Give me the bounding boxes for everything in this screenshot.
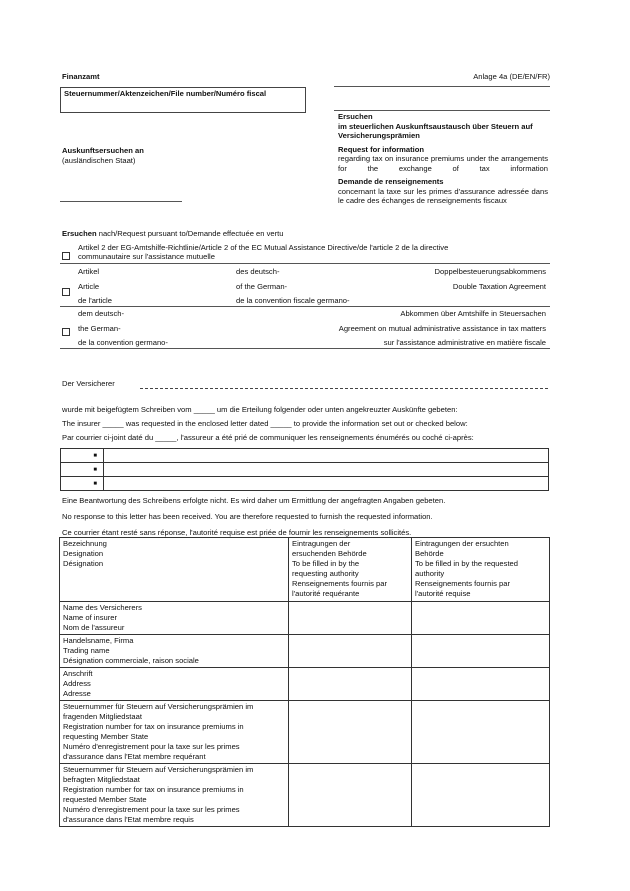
requested-input[interactable] (412, 668, 550, 701)
header-text: l'autorité requise (415, 589, 546, 599)
row-label-text: Numéro d'enregistrement pour la taxe sur… (63, 805, 285, 815)
row-label-text: requested Member State (63, 795, 285, 805)
requesting-input[interactable] (289, 701, 412, 764)
table-row: Steuernummer für Steuern auf Versicherun… (60, 701, 550, 764)
bullet-icon: ■ (61, 449, 104, 463)
checkbox-dta[interactable] (62, 288, 70, 296)
option-ma-text: the German- (78, 324, 121, 333)
row-label-text: Steuernummer für Steuern auf Versicherun… (63, 765, 285, 775)
office-label: Finanzamt (62, 72, 100, 81)
requested-item-input[interactable] (104, 463, 549, 477)
row-label-text: Anschrift (63, 669, 285, 679)
no-response-text: Eine Beantwortung des Schreibens erfolgt… (62, 493, 445, 541)
information-table: Bezeichnung Designation Désignation Eint… (59, 537, 550, 827)
divider (334, 110, 550, 111)
option-ec-directive-line1: Artikel 2 der EG-Amtshilfe-Richtlinie/Ar… (78, 243, 448, 252)
row-label-text: Adresse (63, 689, 285, 699)
requested-input[interactable] (412, 635, 550, 668)
header-designation: Bezeichnung Designation Désignation (60, 538, 289, 602)
option-ma-text: dem deutsch- (78, 309, 124, 318)
requesting-input[interactable] (289, 602, 412, 635)
requested-item-row: ■ (61, 477, 549, 491)
subtitle-de: im steuerlichen Auskunftsaustausch über … (338, 122, 548, 141)
bullet-icon: ■ (61, 477, 104, 491)
recipient-input-line[interactable] (60, 201, 182, 202)
requested-input[interactable] (412, 602, 550, 635)
header-text: Eintragungen der ersuchten (415, 539, 546, 549)
annex-label: Anlage 4a (DE/EN/FR) (332, 72, 550, 81)
option-dta-text: de l'article (78, 296, 112, 305)
table-row: Steuernummer für Steuern auf Versicherun… (60, 764, 550, 827)
header-text: To be filled in by the (292, 559, 408, 569)
requested-item-input[interactable] (104, 477, 549, 491)
table-header-row: Bezeichnung Designation Désignation Eint… (60, 538, 550, 602)
file-number-label: Steuernummer/Aktenzeichen/File number/Nu… (64, 89, 266, 98)
insurer-label: Der Versicherer (62, 379, 115, 388)
header-requested-authority: Eintragungen der ersuchten Behörde To be… (412, 538, 550, 602)
option-ma-text: Agreement on mutual administrative assis… (339, 324, 546, 333)
option-ec-directive: Artikel 2 der EG-Amtshilfe-Richtlinie/Ar… (78, 243, 448, 261)
legal-basis-heading-bold: Ersuchen (62, 229, 97, 238)
requested-item-row: ■ (61, 449, 549, 463)
title-block: Ersuchen im steuerlichen Auskunftsaustau… (338, 112, 548, 206)
row-label-text: d'assurance dans l'Etat membre requis (63, 815, 285, 825)
requested-input[interactable] (412, 701, 550, 764)
row-label-text: befragten Mitgliedstaat (63, 775, 285, 785)
option-dta-text: Double Taxation Agreement (453, 282, 546, 291)
legal-basis-heading-rest: nach/Request pursuant to/Demande effectu… (97, 229, 284, 238)
header-text: Eintragungen der (292, 539, 408, 549)
row-label: Name des Versicherers Name of insurer No… (60, 602, 289, 635)
option-dta-text: Article (78, 282, 99, 291)
row-label-text: Name des Versicherers (63, 603, 285, 613)
table-row: Anschrift Address Adresse (60, 668, 550, 701)
row-label-text: Numéro d'enregistrement pour la taxe sur… (63, 742, 285, 752)
header-text: To be filled in by the requested (415, 559, 546, 569)
title-en: Request for information (338, 145, 548, 155)
text-en: regarding tax on insurance premiums unde… (338, 154, 548, 173)
row-label: Steuernummer für Steuern auf Versicherun… (60, 764, 289, 827)
row-label: Steuernummer für Steuern auf Versicherun… (60, 701, 289, 764)
row-label: Handelsname, Firma Trading name Désignat… (60, 635, 289, 668)
row-label-text: d'assurance dans l'Etat membre requérant (63, 752, 285, 762)
legal-basis-heading: Ersuchen nach/Request pursuant to/Demand… (62, 229, 283, 238)
requested-item-row: ■ (61, 463, 549, 477)
header-text: Designation (63, 549, 285, 559)
divider (60, 306, 550, 307)
option-dta-text: of the German- (236, 282, 287, 291)
option-ma-text: sur l'assistance administrative en matiè… (384, 338, 546, 347)
requested-input[interactable] (412, 764, 550, 827)
request-text-fr: Par courrier ci-joint daté du _____, l'a… (62, 431, 474, 445)
file-number-field[interactable]: Steuernummer/Aktenzeichen/File number/Nu… (60, 87, 306, 113)
requested-items-table: ■ ■ ■ (60, 448, 549, 491)
table-row: Name des Versicherers Name of insurer No… (60, 602, 550, 635)
row-label-text: Trading name (63, 646, 285, 656)
checkbox-mutual-assistance[interactable] (62, 328, 70, 336)
requesting-input[interactable] (289, 668, 412, 701)
recipient-sublabel: (ausländischen Staat) (62, 156, 135, 165)
header-text: authority (415, 569, 546, 579)
header-text: Renseignements fournis par (292, 579, 408, 589)
header-text: l'autorité requérante (292, 589, 408, 599)
option-ma-text: Abkommen über Amtshilfe in Steuersachen (400, 309, 546, 318)
header-text: Désignation (63, 559, 285, 569)
checkbox-ec-directive[interactable] (62, 252, 70, 260)
request-text: wurde mit beigefügtem Schreiben vom ____… (62, 403, 474, 445)
row-label-text: Address (63, 679, 285, 689)
option-dta-text: des deutsch- (236, 267, 279, 276)
divider (60, 263, 550, 264)
header-text: requesting authority (292, 569, 408, 579)
row-label-text: Steuernummer für Steuern auf Versicherun… (63, 702, 285, 712)
request-text-en: The insurer _____ was requested in the e… (62, 417, 474, 431)
row-label-text: Désignation commerciale, raison sociale (63, 656, 285, 666)
option-ma-text: de la convention germano- (78, 338, 168, 347)
header-requesting-authority: Eintragungen der ersuchenden Behörde To … (289, 538, 412, 602)
header-text: Behörde (415, 549, 546, 559)
header-text: ersuchenden Behörde (292, 549, 408, 559)
row-label-text: fragenden Mitgliedstaat (63, 712, 285, 722)
row-label-text: requesting Member State (63, 732, 285, 742)
no-response-de: Eine Beantwortung des Schreibens erfolgt… (62, 493, 445, 509)
option-ec-directive-line2: communautaire sur l'assistance mutuelle (78, 252, 448, 261)
title-de: Ersuchen (338, 112, 548, 122)
header-text: Renseignements fournis par (415, 579, 546, 589)
requesting-input[interactable] (289, 635, 412, 668)
recipient-label: Auskunftsersuchen an (62, 146, 144, 155)
requesting-input[interactable] (289, 764, 412, 827)
title-fr: Demande de renseignements (338, 177, 548, 187)
row-label-text: Handelsname, Firma (63, 636, 285, 646)
header-text: Bezeichnung (63, 539, 285, 549)
option-dta-text: Doppelbesteuerungsabkommens (435, 267, 546, 276)
office-input-line[interactable] (334, 86, 550, 87)
insurer-input-line[interactable] (140, 388, 548, 389)
bullet-icon: ■ (61, 463, 104, 477)
table-row: Handelsname, Firma Trading name Désignat… (60, 635, 550, 668)
no-response-en: No response to this letter has been rece… (62, 509, 445, 525)
row-label-text: Nom de l'assureur (63, 623, 285, 633)
divider (60, 348, 550, 349)
request-text-de: wurde mit beigefügtem Schreiben vom ____… (62, 403, 474, 417)
row-label-text: Registration number for tax on insurance… (63, 722, 285, 732)
text-fr: concernant la taxe sur les primes d'assu… (338, 187, 548, 206)
row-label-text: Registration number for tax on insurance… (63, 785, 285, 795)
option-dta-text: de la convention fiscale germano- (236, 296, 350, 305)
requested-item-input[interactable] (104, 449, 549, 463)
row-label: Anschrift Address Adresse (60, 668, 289, 701)
row-label-text: Name of insurer (63, 613, 285, 623)
option-dta-text: Artikel (78, 267, 99, 276)
